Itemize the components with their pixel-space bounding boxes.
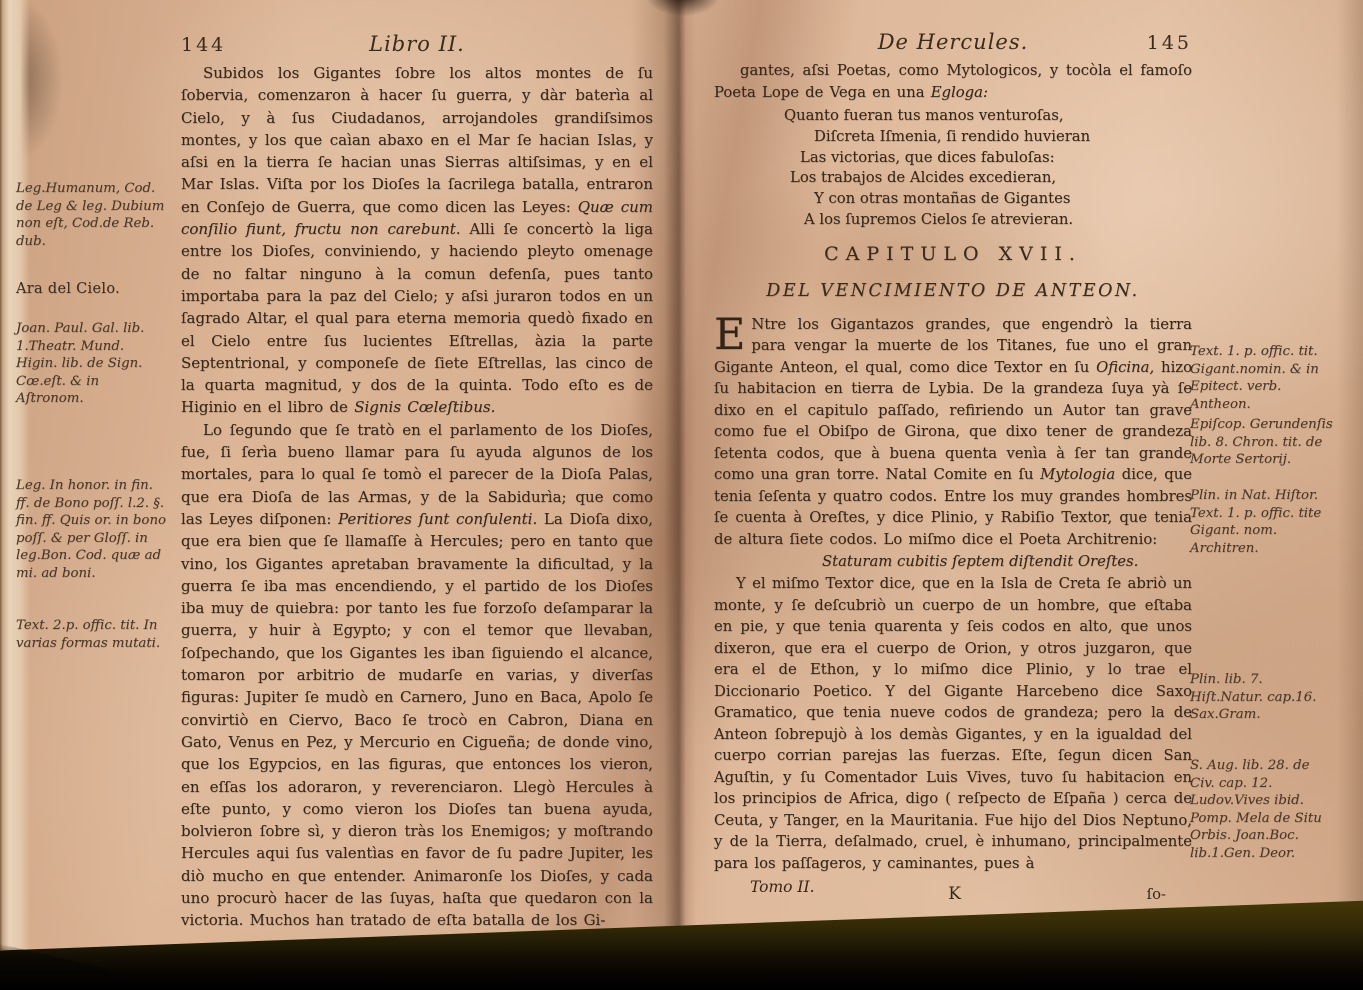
book-scan: Leg.Humanum, Cod. de Leg & leg. Dubium n… [0, 0, 1363, 990]
catchword-right: ſo- [1147, 886, 1166, 903]
verse-line: Quanto fueran tus manos venturoſas, [784, 106, 1192, 127]
latin-quote: Staturam cubitis ſeptem diſtendit Oreſte… [822, 551, 1192, 572]
volume-label: Tomo II. [750, 878, 815, 896]
folio-number-left: 144 [181, 34, 245, 56]
margin-note: Text. 1. p. offic. tit. Gigant.nomin. & … [1190, 343, 1338, 413]
margin-note: Joan. Paul. Gal. lib. 1.Theatr. Mund. Hi… [16, 320, 168, 408]
verse-line: Y con otras montañas de Gigantes [814, 189, 1192, 210]
page-edge-right [1337, 0, 1363, 990]
running-title-right: De Hercules. [778, 30, 1128, 54]
page-footer: Tomo II. K ſo- [714, 876, 1192, 910]
paragraph: Subidos los Gigantes ſobre los altos mon… [181, 62, 653, 419]
right-text-column: De Hercules. 145 gantes, aſsi Poetas, co… [714, 30, 1192, 910]
drop-cap: E [714, 314, 751, 354]
paragraph: ENtre los Gigantazos grandes, que engend… [714, 314, 1192, 551]
verse-line: Los trabajos de Alcides excedieran, [790, 168, 1192, 189]
margin-note: S. Aug. lib. 28. de Civ. cap. 12. Ludov.… [1190, 757, 1338, 863]
right-margin-notes: Text. 1. p. offic. tit. Gigant.nomin. & … [1190, 0, 1338, 990]
paragraph-text: Ntre los Gigantazos grandes, que engendr… [714, 316, 1192, 548]
paragraph-continuation: gantes, aſsi Poetas, como Mytologicos, y… [714, 60, 1192, 103]
verse-line: Las victorias, que dices fabuloſas: [800, 148, 1192, 169]
margin-note: Ara del Cielo. [16, 281, 168, 299]
folio-number-right: 145 [1128, 32, 1192, 54]
binding-shadow [646, 0, 720, 16]
margin-note: Plin. lib. 7. Hiſt.Natur. cap.16. Sax.Gr… [1190, 671, 1338, 724]
running-title-left: Libro II. [245, 32, 589, 56]
margin-note: Plin. in Nat. Hiſtor. Text. 1. p. offic.… [1190, 487, 1338, 557]
paragraph: Y el miſmo Textor dice, que en la Isla d… [714, 573, 1192, 874]
margin-note: Leg.Humanum, Cod. de Leg & leg. Dubium n… [16, 180, 168, 250]
margin-note: Leg. In honor. in fin. ff. de Bono poſſ.… [16, 477, 168, 583]
left-text-column: 144 Libro II. Subidos los Gigantes ſobre… [181, 32, 653, 954]
gathering-signature: K [948, 884, 961, 904]
egloga-verse: Quanto fueran tus manos venturoſas,Diſcr… [714, 106, 1192, 231]
verse-line: Diſcreta Iſmenia, ſi rendido huvieran [814, 127, 1192, 148]
right-running-header: De Hercules. 145 [714, 30, 1192, 54]
left-running-header: 144 Libro II. [181, 32, 653, 56]
margin-note: Text. 2.p. offic. tit. In varias formas … [16, 617, 168, 652]
verse-line: A los ſupremos Cielos ſe atrevieran. [804, 210, 1192, 231]
margin-note: Epiſcop. Gerundenſis lib. 8. Chron. tit.… [1190, 416, 1338, 469]
book-spread: Leg.Humanum, Cod. de Leg & leg. Dubium n… [0, 0, 1363, 990]
chapter-heading: CAPITULO XVII. [714, 243, 1192, 265]
chapter-subtitle: DEL VENCIMIENTO DE ANTEON. [714, 281, 1192, 301]
left-margin-notes: Leg.Humanum, Cod. de Leg & leg. Dubium n… [16, 0, 168, 990]
paragraph: Lo ſegundo que ſe tratò en el parlamento… [181, 419, 653, 932]
